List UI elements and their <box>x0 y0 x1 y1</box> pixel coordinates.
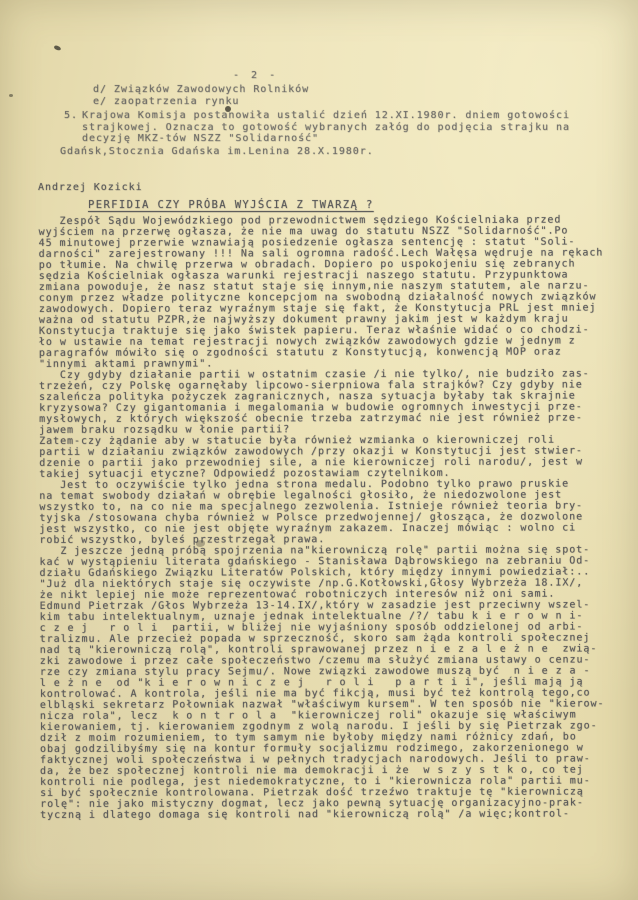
page-number: - 2 - <box>233 70 278 81</box>
list-continuation: d/ Związków Zawodowych Rolników e/ zaopa… <box>93 84 309 107</box>
item-5-number: 5. <box>64 110 78 121</box>
item-5-text: Krajowa Komisja postanowiła ustalić dzie… <box>82 110 570 145</box>
dateline: Gdańsk,Stocznia Gdańska im.Lenina 28.X.1… <box>60 146 374 157</box>
ink-speck <box>225 106 231 112</box>
author-name: Andrzej Kozicki <box>38 182 143 193</box>
paragraph-3: Zatem-czy żądanie aby w statucie była ró… <box>39 434 583 479</box>
paragraph-5: Z jeszcze jedną próbą spojrzenia na"kier… <box>39 544 604 820</box>
ink-speck <box>9 94 13 97</box>
paragraph-1: Zespół Sądu Wojewódzkiego pod przewodnic… <box>39 214 604 369</box>
article-title: PERFIDIA CZY PRÓBA WYJŚCIA Z TWARZĄ ? <box>88 200 374 211</box>
document-page: - 2 - d/ Związków Zawodowych Rolników e/… <box>0 0 638 900</box>
ink-speck <box>54 45 62 51</box>
paragraph-4: Jest to oczywiście tylko jedna strona me… <box>39 478 583 545</box>
paragraph-2: Czy gdyby działanie partii w ostatnim cz… <box>39 368 590 435</box>
